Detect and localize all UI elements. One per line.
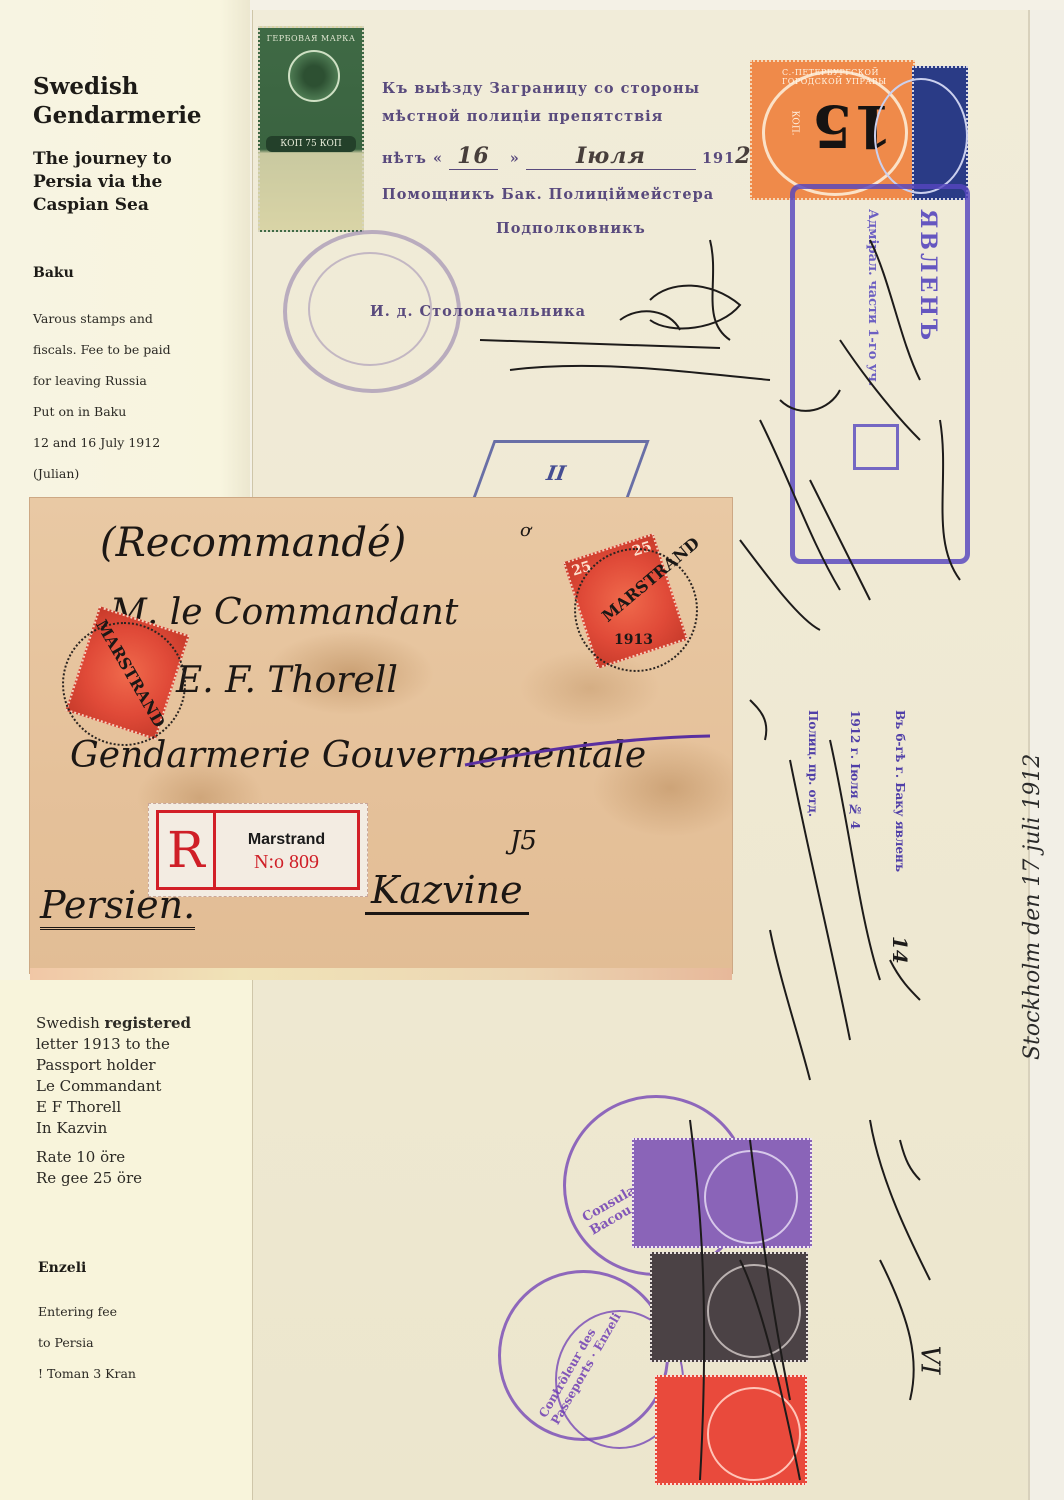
exit-stamp-line: мѣстной полиціи препятствія (382, 108, 663, 125)
exhibit-subtitle: The journey to Persia via the Caspian Se… (33, 148, 172, 217)
stamp-unit: КОП. (790, 110, 800, 135)
envelope-pencil-note: J5 (510, 826, 537, 856)
fiscal-stamp-header: ГЕРБОВАЯ МАРКА (266, 34, 356, 43)
text-line: Varous stamps and (33, 311, 171, 327)
marstrand-postmark-2: MARSTRAND (62, 622, 186, 746)
envelope-name: E. F. Thorell (176, 660, 398, 701)
text-line: letter 1913 to the (36, 1034, 191, 1055)
registration-label: R Marstrand N:o 809 (148, 803, 368, 897)
marstrand-postmark: MARSTRAND 1913 (574, 548, 698, 672)
text-line: 12 and 16 July 1912 (33, 435, 171, 451)
subtitle-line: The journey to (33, 148, 172, 171)
crown-emblem-icon (288, 50, 340, 102)
fiscal-stamp-75-kop: ГЕРБОВАЯ МАРКА КОП 75 КОП (258, 26, 364, 232)
baku-handwriting (730, 680, 940, 1120)
text-emphasis: registered (105, 1014, 191, 1032)
exit-stamp-date-line: нѣтъ « 16 » Іюля 1912 (382, 143, 752, 170)
title-line: Gendarmerie (33, 101, 202, 130)
stockholm-date-handwritten: Stockholm den 17 juli 1912 (1020, 754, 1045, 1060)
text-line: Put on in Baku (33, 404, 171, 420)
handwritten-endorsement (720, 220, 980, 640)
text-line: for leaving Russia (33, 373, 171, 389)
exit-year-printed: 191 (702, 150, 735, 167)
subtitle-line: Caspian Sea (33, 194, 172, 217)
exit-stamp-line: Помощникъ Бак. Полиціймейстера (382, 186, 714, 203)
text-line: Swedish registered (36, 1013, 191, 1034)
text-fragment: Swedish (36, 1014, 105, 1032)
title-line: Swedish (33, 72, 202, 101)
stamp-ring-text: С.-ПЕТЕРБУРГСКОЙ ГОРОДСКОЙ УПРАВЫ (782, 68, 913, 86)
enzeli-description: Entering fee to Persia ! Toman 3 Kran (38, 1288, 136, 1397)
baku-description: Varous stamps and fiscals. Fee to be pai… (33, 295, 171, 497)
subtitle-line: Persia via the (33, 171, 172, 194)
registration-label-text: Marstrand N:o 809 (216, 813, 357, 887)
exit-stamp-text: нѣтъ « (382, 150, 443, 167)
text-line: In Kazvin (36, 1118, 191, 1139)
text-line: Entering fee (38, 1304, 136, 1320)
registration-town: Marstrand (216, 831, 357, 849)
text-line: ! Toman 3 Kran (38, 1366, 136, 1382)
envelope-mount-strip (30, 968, 732, 980)
postmark-town: MARSTRAND (92, 616, 169, 730)
blue-city-stamp (912, 66, 968, 200)
registration-label-frame: R Marstrand N:o 809 (156, 810, 360, 890)
registration-r-mark: R (159, 813, 216, 887)
text-line: to Persia (38, 1335, 136, 1351)
roman-numeral-annotation: VI (915, 1345, 945, 1374)
envelope-city: Kazvine (365, 868, 529, 915)
rate-line: Rate 10 öre (36, 1147, 191, 1168)
enzeli-heading: Enzeli (38, 1260, 86, 1276)
violet-pencil-line (460, 730, 720, 770)
text-line: (Julian) (33, 466, 171, 482)
baku-heading: Baku (33, 265, 74, 281)
text-line: fiscals. Fee to be paid (33, 342, 171, 358)
spacer (36, 1139, 191, 1147)
text-line: Passport holder (36, 1055, 191, 1076)
envelope-recommande: (Recommandé) (100, 520, 406, 566)
text-line: Le Commandant (36, 1076, 191, 1097)
exhibit-title: Swedish Gendarmerie (33, 72, 202, 130)
blue-box-stamp-number: II (542, 461, 569, 485)
persian-handwriting (650, 1100, 980, 1500)
text-line: E F Thorell (36, 1097, 191, 1118)
postmark-year: 1913 (614, 632, 653, 648)
exit-day-handwritten: 16 (449, 143, 498, 170)
blue-box-stamp: II (470, 440, 649, 504)
fiscal-stamp-value: КОП 75 КОП (266, 136, 356, 152)
exit-month-handwritten: Іюля (526, 143, 696, 170)
stamp-oval (874, 78, 968, 194)
registration-number: N:o 809 (216, 851, 357, 874)
reg-fee-line: Re gee 25 öre (36, 1168, 191, 1189)
envelope-small-mark: ơ (520, 520, 531, 541)
exit-stamp-line: Къ выѣзду Заграницу со стороны (382, 80, 700, 97)
letter-description: Swedish registered letter 1913 to the Pa… (36, 1013, 191, 1189)
